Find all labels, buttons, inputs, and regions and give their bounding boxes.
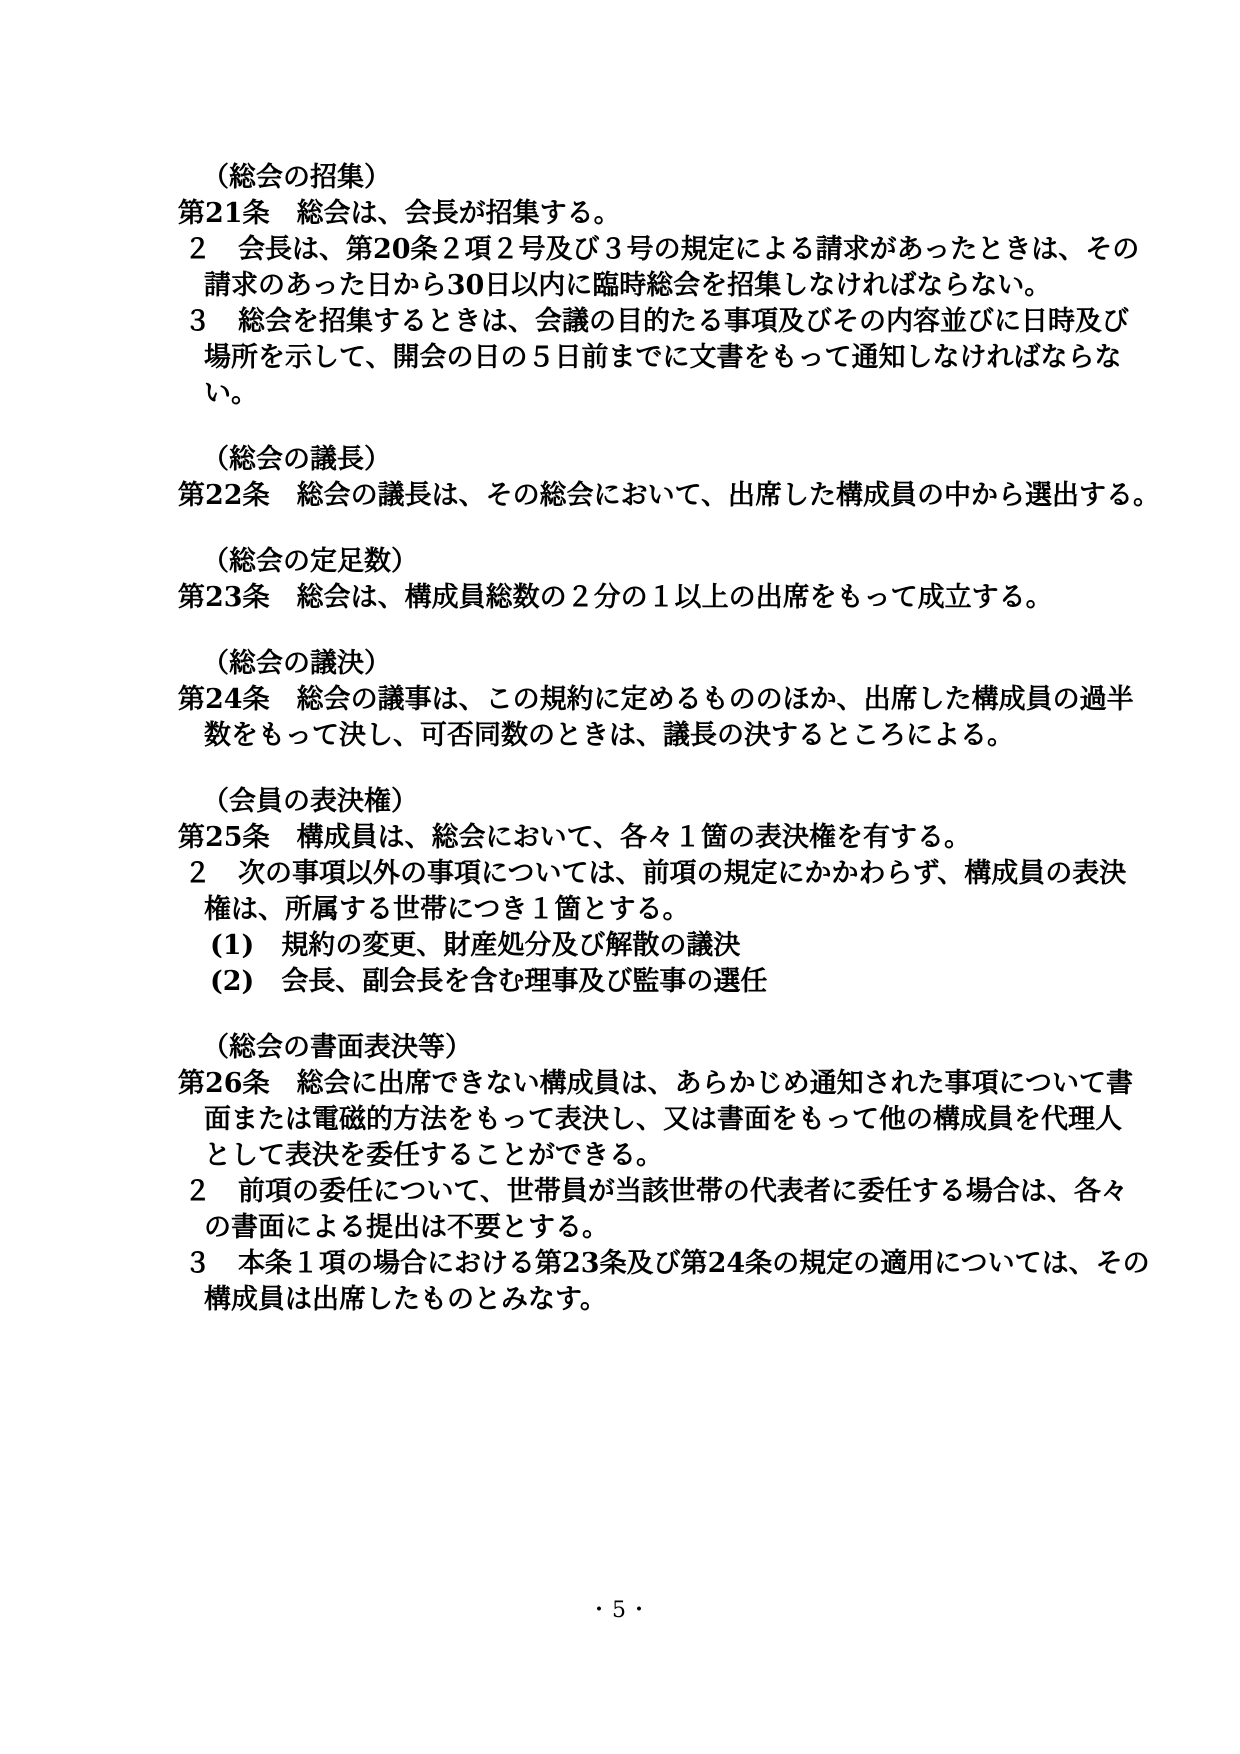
section-heading: （総会の書面表決等） <box>202 1030 1088 1066</box>
text-line: ３ 本条１項の場合における第23条及び第24条の規定の適用については、その <box>184 1246 1088 1282</box>
section-heading: （総会の招集） <box>202 160 1088 196</box>
text-line: 構成員は出席したものとみなす。 <box>204 1282 1088 1318</box>
text-line: 権は、所属する世帯につき１箇とする。 <box>204 892 1088 928</box>
text-line: ３ 総会を招集するときは、会議の目的たる事項及びその内容並びに日時及び <box>184 304 1088 340</box>
text-line: の書面による提出は不要とする。 <box>204 1210 1088 1246</box>
text-line: 第25条 構成員は、総会において、各々１箇の表決権を有する。 <box>178 820 1088 856</box>
text-line: ２ 次の事項以外の事項については、前項の規定にかかわらず、構成員の表決 <box>184 856 1088 892</box>
text-line: (1) 規約の変更、財産処分及び解散の議決 <box>210 928 1088 964</box>
section-heading: （総会の定足数） <box>202 544 1088 580</box>
text-line: 第23条 総会は、構成員総数の２分の１以上の出席をもって成立する。 <box>178 580 1088 616</box>
text-line: 面または電磁的方法をもって表決し、又は書面をもって他の構成員を代理人 <box>204 1102 1088 1138</box>
text-line: として表決を委任することができる。 <box>204 1138 1088 1174</box>
section-heading: （総会の議決） <box>202 646 1088 682</box>
text-line: 場所を示して、開会の日の５日前までに文書をもって通知しなければならな <box>204 340 1088 376</box>
text-line: 数をもって決し、可否同数のときは、議長の決するところによる。 <box>204 718 1088 754</box>
text-line: ２ 会長は、第20条２項２号及び３号の規定による請求があったときは、その <box>184 232 1088 268</box>
text-line: 第26条 総会に出席できない構成員は、あらかじめ通知された事項について書 <box>178 1066 1088 1102</box>
page-number: ・5・ <box>0 1593 1240 1629</box>
section: （総会の定足数）第23条 総会は、構成員総数の２分の１以上の出席をもって成立する… <box>178 544 1088 616</box>
text-line: 第22条 総会の議長は、その総会において、出席した構成員の中から選出する。 <box>178 478 1088 514</box>
document-page: （総会の招集）第21条 総会は、会長が招集する。２ 会長は、第20条２項２号及び… <box>0 0 1240 1754</box>
section: （会員の表決権）第25条 構成員は、総会において、各々１箇の表決権を有する。２ … <box>178 784 1088 1000</box>
text-line: ２ 前項の委任について、世帯員が当該世帯の代表者に委任する場合は、各々 <box>184 1174 1088 1210</box>
section-heading: （総会の議長） <box>202 442 1088 478</box>
section-heading: （会員の表決権） <box>202 784 1088 820</box>
text-line: い。 <box>204 376 1088 412</box>
text-line: 第24条 総会の議事は、この規約に定めるもののほか、出席した構成員の過半 <box>178 682 1088 718</box>
document-body: （総会の招集）第21条 総会は、会長が招集する。２ 会長は、第20条２項２号及び… <box>178 160 1088 1318</box>
section: （総会の議決）第24条 総会の議事は、この規約に定めるもののほか、出席した構成員… <box>178 646 1088 754</box>
section: （総会の書面表決等）第26条 総会に出席できない構成員は、あらかじめ通知された事… <box>178 1030 1088 1318</box>
section: （総会の招集）第21条 総会は、会長が招集する。２ 会長は、第20条２項２号及び… <box>178 160 1088 412</box>
section: （総会の議長）第22条 総会の議長は、その総会において、出席した構成員の中から選… <box>178 442 1088 514</box>
text-line: 第21条 総会は、会長が招集する。 <box>178 196 1088 232</box>
text-line: (2) 会長、副会長を含む理事及び監事の選任 <box>210 964 1088 1000</box>
text-line: 請求のあった日から30日以内に臨時総会を招集しなければならない。 <box>204 268 1088 304</box>
